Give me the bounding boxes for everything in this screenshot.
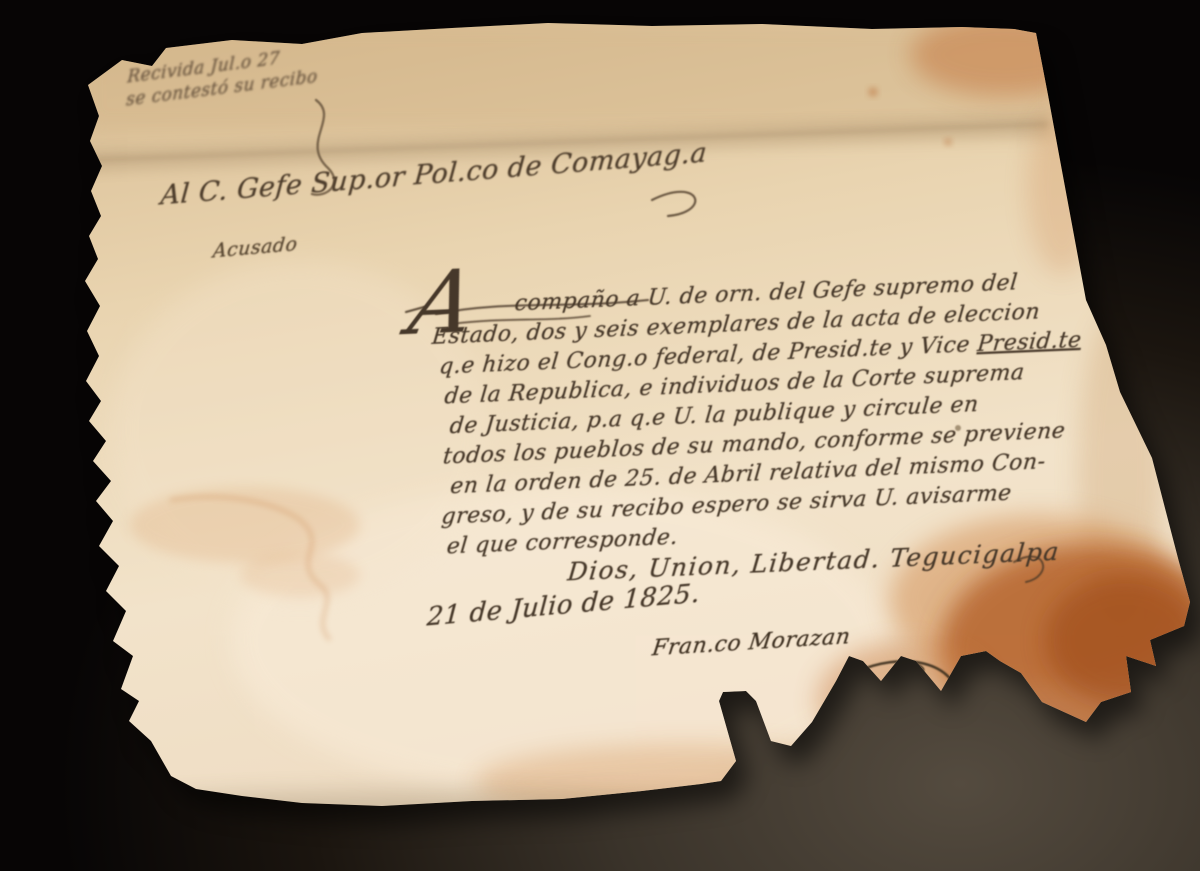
photo-of-aged-letter: Recivida Jul.o 27 se contestó su recibo …	[0, 0, 1200, 871]
underlined-phrase: Presid.te	[976, 328, 1082, 357]
